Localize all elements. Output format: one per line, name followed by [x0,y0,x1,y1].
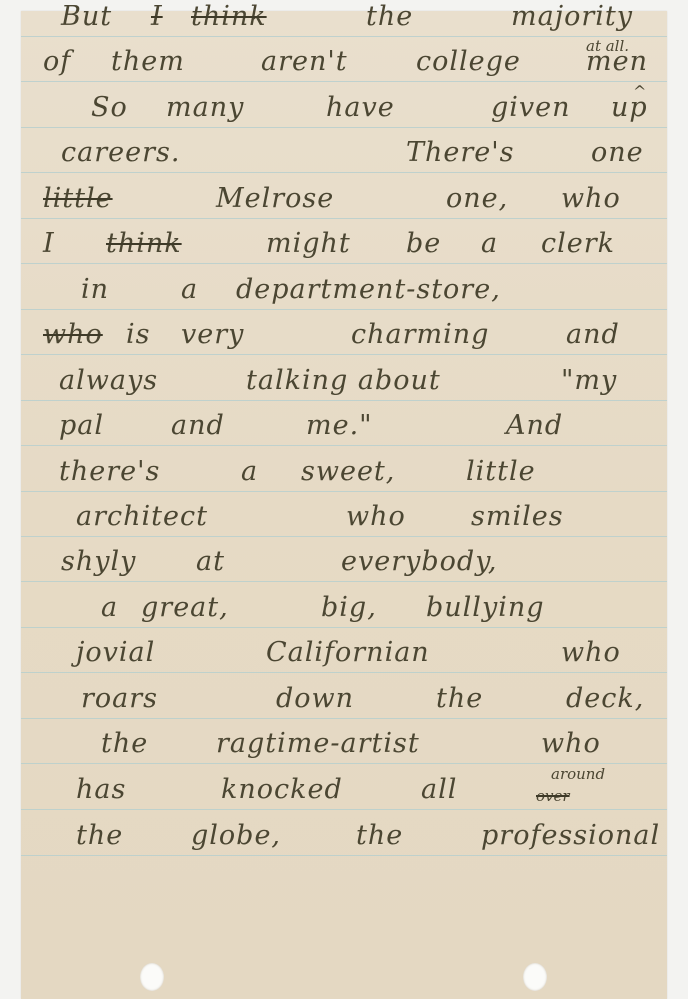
word: a [101,592,118,623]
word: professional [481,820,660,851]
word: globe, [191,820,281,851]
text-line: inadepartment-store, [21,269,667,309]
word: deck, [566,683,644,714]
rule-line [21,536,667,537]
word: of [43,46,71,77]
rule-line [21,763,667,764]
word: the [76,820,123,851]
text-line: littleMelroseone,who [21,178,667,218]
rule-line [21,627,667,628]
rule-line [21,718,667,719]
word: little [466,456,536,487]
word: and [171,410,225,441]
word: one [591,137,644,168]
word: careers. [61,137,180,168]
word: And [506,410,563,441]
word: have [326,92,395,123]
word: majority [511,1,633,32]
struck-word: who [43,319,103,350]
word: a [181,274,198,305]
word: So [91,92,128,123]
word: smiles [471,501,564,532]
rule-line [21,218,667,219]
word: big, [321,592,377,623]
word: around [551,765,605,783]
word: department-store, [236,274,501,305]
text-line: careers.There'sone [21,132,667,172]
text-line: whoisverycharmingand [21,314,667,354]
word: and [566,319,620,350]
word: who [561,183,621,214]
word: sweet, [301,456,395,487]
word: who [346,501,406,532]
word: college [416,46,521,77]
word: knocked [221,774,343,805]
letter-page: ButIthinkthemajorityofthemaren'tcollegem… [21,11,667,999]
word: ragtime-artist [216,728,420,759]
word: shyly [61,546,136,577]
text-line: alwaystalking about"my [21,360,667,400]
rule-line [21,127,667,128]
word: everybody, [341,546,497,577]
word: charming [351,319,489,350]
rule-line [21,81,667,82]
rule-line [21,445,667,446]
rule-line [21,400,667,401]
insertion-caret: ^ [633,82,647,101]
word: the [356,820,403,851]
word: all [421,774,457,805]
text-line: palandme."And [21,405,667,445]
word: who [561,637,621,668]
word: the [366,1,413,32]
word: pal [59,410,104,441]
rule-line [21,309,667,310]
word: the [101,728,148,759]
word: a [241,456,258,487]
word: architect [76,501,208,532]
word: a [481,228,498,259]
word: clerk [541,228,615,259]
text-line: ofthemaren'tcollegemenat all. [21,41,667,81]
word: them [111,46,185,77]
word: at all. [586,37,629,55]
word: aren't [261,46,348,77]
word: roars [81,683,158,714]
struck-word: think [106,228,182,259]
word: might [266,228,351,259]
text-line: roarsdownthedeck, [21,678,667,718]
word: But [61,1,112,32]
word: down [276,683,354,714]
word: the [436,683,483,714]
rule-line [21,855,667,856]
text-line: shylyateverybody, [21,541,667,581]
word: given [491,92,571,123]
rule-line [21,581,667,582]
word: very [181,319,244,350]
struck-word: I [151,1,163,32]
word: Melrose [216,183,334,214]
text-line: hasknockedalloveraround [21,769,667,809]
word: in [81,274,109,305]
word: bullying [426,592,545,623]
word: has [76,774,126,805]
rule-line [21,36,667,37]
word: jovial [76,637,155,668]
text-line: architectwhosmiles [21,496,667,536]
rule-line [21,354,667,355]
rule-line [21,672,667,673]
word: is [126,319,151,350]
text-line: ButIthinkthemajority [21,0,667,36]
word: me." [306,410,373,441]
rule-line [21,172,667,173]
word: at [196,546,225,577]
word: who [541,728,601,759]
text-line: theglobe,theprofessional [21,815,667,855]
struck-word: little [43,183,113,214]
text-line: jovialCalifornianwho [21,632,667,672]
word: Californian [266,637,430,668]
word: There's [406,137,515,168]
word: great, [141,592,229,623]
punch-hole-right [523,963,547,991]
word: always [59,365,158,396]
text-line: agreat,big,bullying [21,587,667,627]
word: be [406,228,441,259]
punch-hole-left [140,963,164,991]
word: there's [59,456,160,487]
word: I [43,228,55,259]
struck-word: over [536,787,570,805]
word: "my [561,365,617,396]
word: many [166,92,244,123]
word: one, [446,183,508,214]
rule-line [21,809,667,810]
text-line: theragtime-artistwho [21,723,667,763]
text-line: Somanyhavegivenup^ [21,87,667,127]
word: talking about [246,365,441,396]
text-line: Ithinkmightbeaclerk [21,223,667,263]
text-line: there'sasweet,little [21,451,667,491]
rule-line [21,263,667,264]
rule-line [21,491,667,492]
struck-word: think [191,1,267,32]
